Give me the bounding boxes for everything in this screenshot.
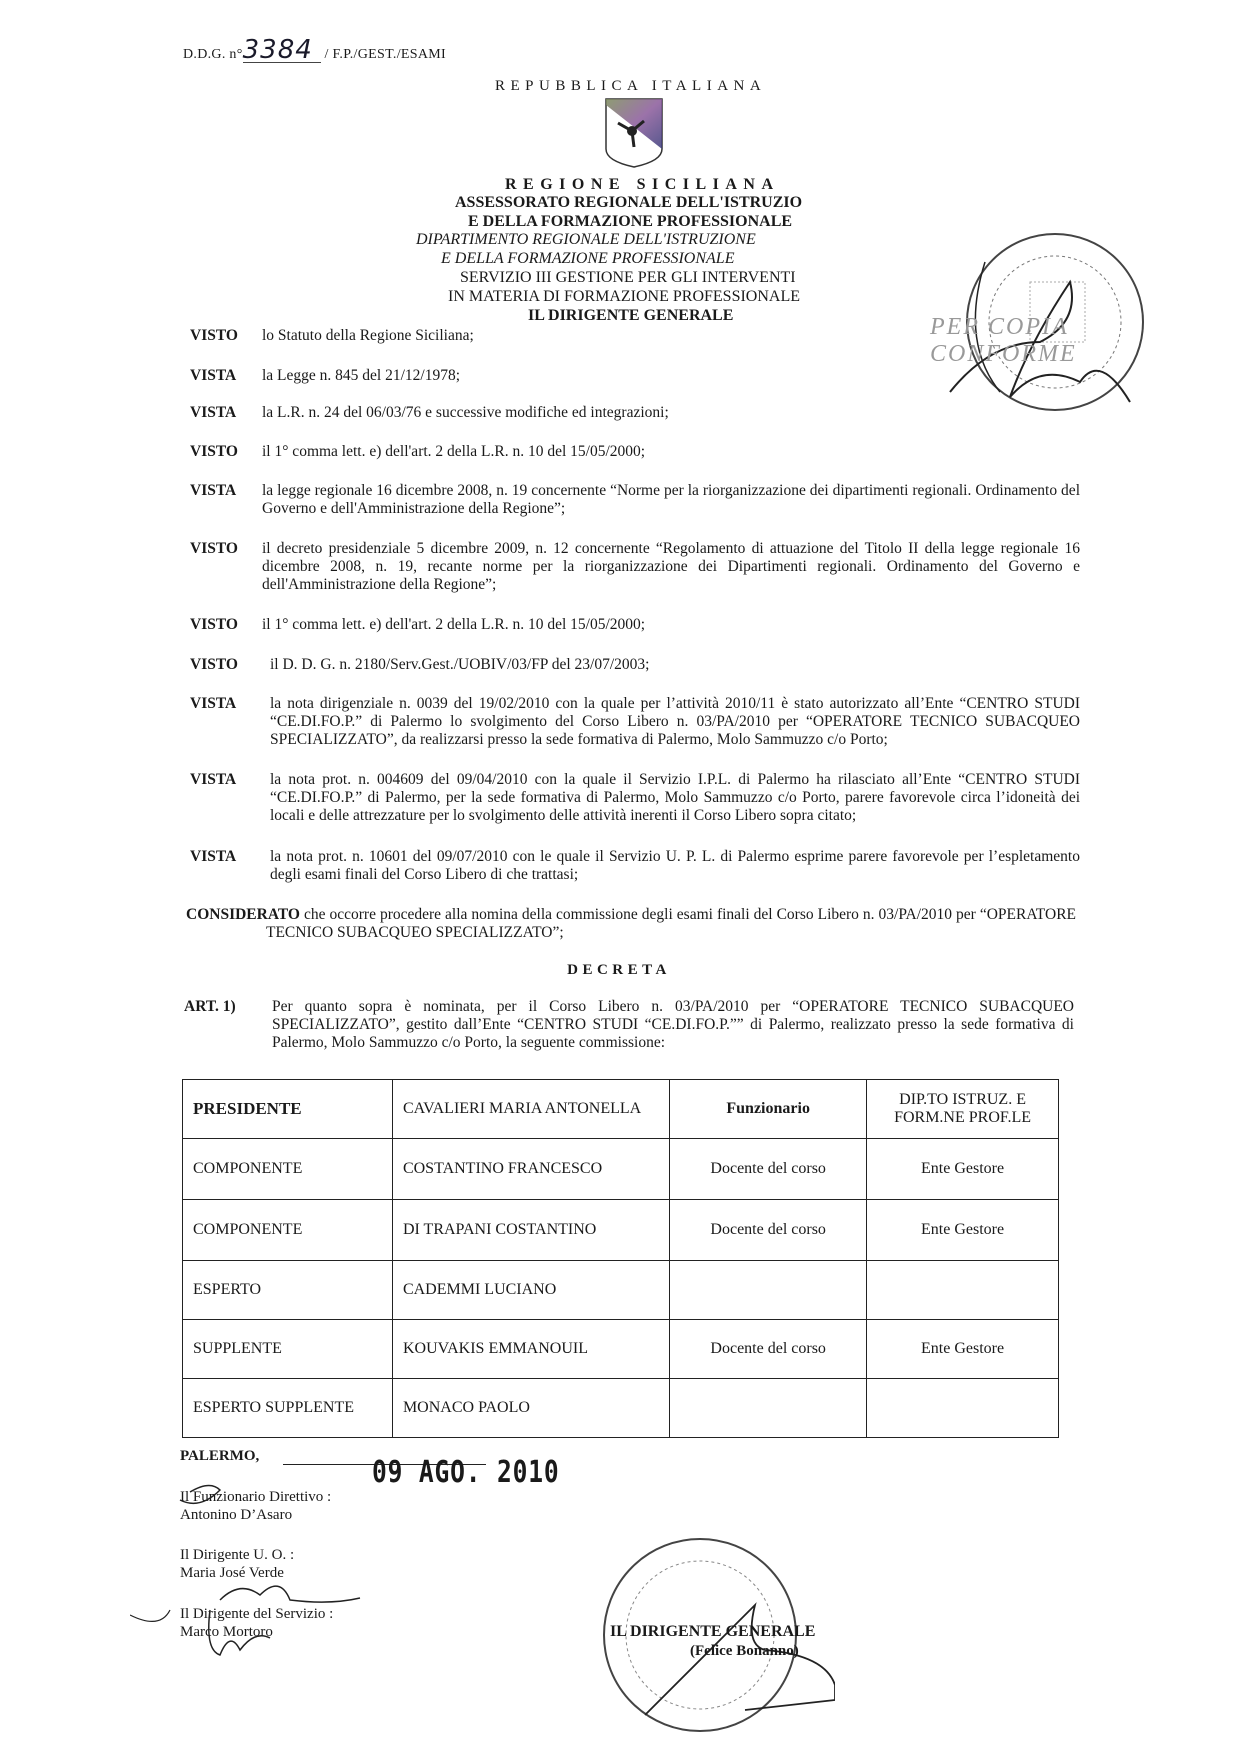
ref-suffix: / F.P./GEST./ESAMI <box>324 47 446 62</box>
premise-label: VISTO <box>190 443 238 461</box>
decreta-heading: DECRETA <box>0 962 1238 979</box>
commission-qualifica-cell <box>670 1379 867 1438</box>
director-name: (Felice Bonanno) <box>690 1643 799 1660</box>
commission-row: ESPERTOCADEMMI LUCIANO <box>183 1261 1059 1320</box>
article-text: Per quanto sopra è nominata, per il Cors… <box>272 998 1074 1052</box>
premise-label: VISTA <box>190 404 236 422</box>
premise-label: VISTA <box>190 482 236 500</box>
copia-conforme-stamp: PER COPIA CONFORME <box>930 222 1170 422</box>
commission-ente-cell: Ente Gestore <box>867 1139 1059 1200</box>
assessorato-line-1: ASSESSORATO REGIONALE DELL'ISTRUZIO <box>455 194 802 212</box>
trinacria-coat-of-arms-icon <box>604 97 664 169</box>
premise-text: il 1° comma lett. e) dell'art. 2 della L… <box>262 443 1080 461</box>
commission-ente-cell: Ente Gestore <box>867 1320 1059 1379</box>
considerato-label: CONSIDERATO <box>186 906 300 923</box>
premise-text: la nota dirigenziale n. 0039 del 19/02/2… <box>270 695 1080 749</box>
premise-item: VISTA la L.R. n. 24 del 06/03/76 e succe… <box>190 404 1080 422</box>
premise-item: VISTO il 1° comma lett. e) dell'art. 2 d… <box>190 616 1080 634</box>
commission-qualifica-cell <box>670 1261 867 1320</box>
place-label: PALERMO, <box>180 1448 259 1465</box>
premise-item: VISTA la legge regionale 16 dicembre 200… <box>190 482 1080 518</box>
commission-name-cell: COSTANTINO FRANCESCO <box>392 1139 669 1200</box>
commission-name-cell: CAVALIERI MARIA ANTONELLA <box>392 1080 669 1139</box>
considerato-text: che occorre procedere alla nomina della … <box>266 906 1076 941</box>
premise-item: VISTO il D. D. G. n. 2180/Serv.Gest./UOB… <box>190 656 1080 674</box>
commission-name-cell: CADEMMI LUCIANO <box>392 1261 669 1320</box>
article-label: ART. 1) <box>184 998 236 1016</box>
premise-label: VISTO <box>190 656 238 674</box>
premise-item: VISTA la nota prot. n. 004609 del 09/04/… <box>190 771 1080 825</box>
commission-role-cell: PRESIDENTE <box>183 1080 393 1139</box>
commission-ente-cell: DIP.TO ISTRUZ. E FORM.NE PROF.LE <box>867 1080 1059 1139</box>
commission-qualifica-cell: Docente del corso <box>670 1139 867 1200</box>
commission-qualifica-cell: Docente del corso <box>670 1200 867 1261</box>
commission-role-cell: COMPONENTE <box>183 1200 393 1261</box>
premise-item: VISTA la nota dirigenziale n. 0039 del 1… <box>190 695 1080 749</box>
director-title: IL DIRIGENTE GENERALE <box>610 1623 815 1641</box>
commission-role-cell: SUPPLENTE <box>183 1320 393 1379</box>
servizio-line-1: SERVIZIO III GESTIONE PER GLI INTERVENTI <box>460 269 796 287</box>
assessorato-line-2: E DELLA FORMAZIONE PROFESSIONALE <box>468 213 792 231</box>
commission-row: ESPERTO SUPPLENTEMONACO PAOLO <box>183 1379 1059 1438</box>
premise-text: lo Statuto della Regione Siciliana; <box>262 327 1080 345</box>
director-general-heading: IL DIRIGENTE GENERALE <box>528 307 733 325</box>
premise-text: la nota prot. n. 10601 del 09/07/2010 co… <box>270 848 1080 884</box>
region-heading: REGIONE SICILIANA <box>505 176 780 194</box>
dipartimento-line-1: DIPARTIMENTO REGIONALE DELL'ISTRUZIONE <box>416 231 756 249</box>
commission-qualifica-cell: Docente del corso <box>670 1320 867 1379</box>
dipartimento-line-2: E DELLA FORMAZIONE PROFESSIONALE <box>441 250 734 268</box>
commission-name-cell: KOUVAKIS EMMANOUIL <box>392 1320 669 1379</box>
premise-label: VISTO <box>190 616 238 634</box>
premise-text: la L.R. n. 24 del 06/03/76 e successive … <box>262 404 1080 422</box>
considerato-item: CONSIDERATO che occorre procedere alla n… <box>186 906 1076 942</box>
commission-row: PRESIDENTECAVALIERI MARIA ANTONELLAFunzi… <box>183 1080 1059 1139</box>
servizio-line-2: IN MATERIA DI FORMAZIONE PROFESSIONALE <box>448 288 800 306</box>
commission-ente-cell <box>867 1261 1059 1320</box>
commission-qualifica-cell: Funzionario <box>670 1080 867 1139</box>
premise-label: VISTA <box>190 367 236 385</box>
premise-text: il D. D. G. n. 2180/Serv.Gest./UOBIV/03/… <box>270 656 1080 674</box>
premise-text: il decreto presidenziale 5 dicembre 2009… <box>262 540 1080 594</box>
commission-row: SUPPLENTEKOUVAKIS EMMANOUILDocente del c… <box>183 1320 1059 1379</box>
decree-reference: D.D.G. n°3384 / F.P./GEST./ESAMI <box>183 38 446 63</box>
commission-table: PRESIDENTECAVALIERI MARIA ANTONELLAFunzi… <box>182 1079 1059 1438</box>
commission-ente-cell <box>867 1379 1059 1438</box>
premise-text: la Legge n. 845 del 21/12/1978; <box>262 367 1080 385</box>
commission-ente-cell: Ente Gestore <box>867 1200 1059 1261</box>
premise-label: VISTA <box>190 848 236 866</box>
premise-label: VISTA <box>190 771 236 789</box>
article-1: ART. 1) Per quanto sopra è nominata, per… <box>184 998 1074 1052</box>
premise-text: la legge regionale 16 dicembre 2008, n. … <box>262 482 1080 518</box>
premise-label: VISTA <box>190 695 236 713</box>
commission-name-cell: DI TRAPANI COSTANTINO <box>392 1200 669 1261</box>
premise-label: VISTO <box>190 540 238 558</box>
ref-prefix: D.D.G. n° <box>183 47 243 62</box>
premise-item: VISTA la Legge n. 845 del 21/12/1978; <box>190 367 1080 385</box>
commission-role-cell: COMPONENTE <box>183 1139 393 1200</box>
handwritten-signatures-icon <box>130 1480 430 1680</box>
premise-item: VISTA la nota prot. n. 10601 del 09/07/2… <box>190 848 1080 884</box>
commission-row: COMPONENTECOSTANTINO FRANCESCODocente de… <box>183 1139 1059 1200</box>
commission-row: COMPONENTEDI TRAPANI COSTANTINODocente d… <box>183 1200 1059 1261</box>
premise-label: VISTO <box>190 327 238 345</box>
ref-number: 3384 <box>243 38 321 63</box>
republic-heading: REPUBBLICA ITALIANA <box>495 78 766 95</box>
premise-text: la nota prot. n. 004609 del 09/04/2010 c… <box>270 771 1080 825</box>
premise-text: il 1° comma lett. e) dell'art. 2 della L… <box>262 616 1080 634</box>
premise-item: VISTO il 1° comma lett. e) dell'art. 2 d… <box>190 443 1080 461</box>
premise-item: VISTO lo Statuto della Regione Siciliana… <box>190 327 1080 345</box>
commission-role-cell: ESPERTO <box>183 1261 393 1320</box>
commission-name-cell: MONACO PAOLO <box>392 1379 669 1438</box>
premise-item: VISTO il decreto presidenziale 5 dicembr… <box>190 540 1080 594</box>
commission-role-cell: ESPERTO SUPPLENTE <box>183 1379 393 1438</box>
